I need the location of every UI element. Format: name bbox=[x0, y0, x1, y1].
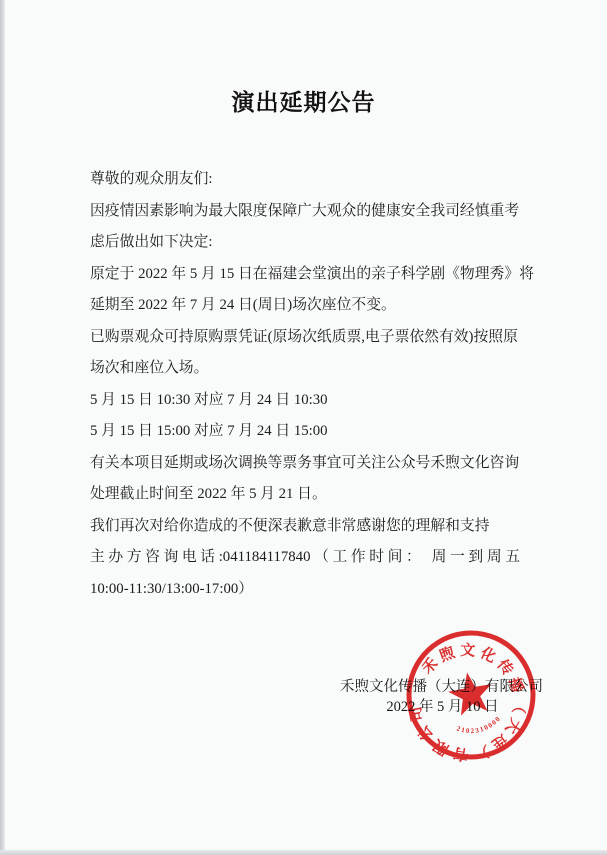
body-line: 虑后做出如下决定: bbox=[90, 227, 520, 259]
body-line: 5 月 15 日 15:00 对应 7 月 24 日 15:00 bbox=[90, 416, 520, 448]
body-line: 我们再次对给你造成的不便深表歉意非常感谢您的理解和支持 bbox=[90, 511, 520, 543]
body-line: 延期至 2022 年 7 月 24 日(周日)场次座位不变。 bbox=[90, 290, 520, 322]
body-line: 场次和座位入场。 bbox=[90, 353, 520, 385]
signature-date: 2022 年 5 月 10 日 bbox=[350, 697, 535, 717]
document-page: 演出延期公告 尊敬的观众朋友们:因疫情因素影响为最大限度保障广大观众的健康安全我… bbox=[0, 0, 607, 855]
signature-company: 禾煦文化传播（大连）有限公司 bbox=[340, 677, 525, 697]
page-title: 演出延期公告 bbox=[0, 86, 607, 120]
page-bottom-edge bbox=[0, 850, 607, 855]
signature-block: 禾煦文化传播（大连）有限公司 2022 年 5 月 10 日 bbox=[340, 677, 525, 717]
body-line: 有关本项目延期或场次调换等票务事宜可关注公众号禾煦文化咨询 bbox=[90, 448, 520, 480]
body-line: 原定于 2022 年 5 月 15 日在福建会堂演出的亲子科学剧《物理秀》将 bbox=[90, 259, 520, 291]
body-line: 处理截止时间至 2022 年 5 月 21 日。 bbox=[90, 479, 520, 511]
body-line: 5 月 15 日 10:30 对应 7 月 24 日 10:30 bbox=[90, 385, 520, 417]
body-line: 已购票观众可持原购票凭证(原场次纸质票,电子票依然有效)按照原 bbox=[90, 322, 520, 354]
body-line: 尊敬的观众朋友们: bbox=[90, 164, 520, 196]
body-line: 因疫情因素影响为最大限度保障广大观众的健康安全我司经慎重考 bbox=[90, 196, 520, 228]
page-left-edge bbox=[0, 0, 5, 855]
announcement-body: 尊敬的观众朋友们:因疫情因素影响为最大限度保障广大观众的健康安全我司经慎重考虑后… bbox=[90, 164, 520, 605]
body-line: 10:00-11:30/13:00-17:00） bbox=[90, 574, 520, 606]
body-line: 主办方咨询电话:041184117840（工作时间： 周一到周五 bbox=[90, 542, 520, 574]
